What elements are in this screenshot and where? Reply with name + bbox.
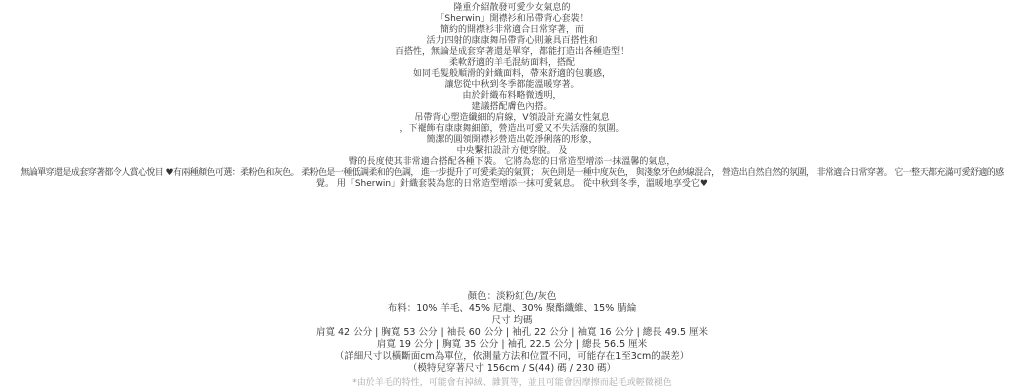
spec-color: 顏色：淡粉紅色/灰色 <box>0 291 1024 303</box>
spec-measurements-vest: 肩寬 19 公分 | 胸寬 35 公分 | 袖孔 22.5 公分 | 總長 56… <box>0 339 1024 351</box>
description-line: 吊帶背心塑造纖細的肩線，V領設計充滿女性氣息 <box>0 113 1024 124</box>
description-line: 由於針織布料略微透明， <box>0 91 1024 102</box>
description-line: 柔軟舒適的羊毛混紡面料，搭配 <box>0 58 1024 69</box>
product-specs: 顏色：淡粉紅色/灰色 布料：10% 羊毛、45% 尼龍、30% 聚酯纖維、15%… <box>0 291 1024 375</box>
description-line: 如同毛髮般順滑的針織面料，帶來舒適的包裹感， <box>0 69 1024 80</box>
description-line: 無論單穿還是成套穿著都令人賞心悅目 ♥有兩種顏色可選：柔粉色和灰色。 柔粉色是一… <box>0 168 1024 179</box>
description-line: 活力四射的康康舞吊帶背心則兼具百搭性和 <box>0 36 1024 47</box>
description-line: 讓您從中秋到冬季都能溫暖穿著。 <box>0 80 1024 91</box>
description-line: 「Sherwin」開襟衫和吊帶背心套裝！ <box>0 14 1024 25</box>
description-line: 臀的長度使其非常適合搭配各種下裝。 它將為您的日常造型增添一抹溫馨的氣息， <box>0 157 1024 168</box>
description-line: 隆重介紹散發可愛少女氣息的 <box>0 3 1024 14</box>
spec-fabric: 布料：10% 羊毛、45% 尼龍、30% 聚酯纖維、15% 腈綸 <box>0 303 1024 315</box>
product-description: 隆重介紹散發可愛少女氣息的 「Sherwin」開襟衫和吊帶背心套裝！ 簡約的開襟… <box>0 3 1024 190</box>
description-line: 百搭性，無論是成套穿著還是單穿，都能打造出各種造型！ <box>0 47 1024 58</box>
spec-size: 尺寸 均碼 <box>0 315 1024 327</box>
description-line: 簡潔的圓領開襟衫營造出乾淨俐落的形象， <box>0 135 1024 146</box>
description-line: 建議搭配膚色內搭。 <box>0 102 1024 113</box>
spec-measurements-cardigan: 肩寬 42 公分 | 胸寬 53 公分 | 袖長 60 公分 | 袖孔 22 公… <box>0 327 1024 339</box>
wool-disclaimer-note: *由於羊毛的特性，可能會有掉絨、雜質等，並且可能會因摩擦而起毛或輕微褪色 <box>0 377 1024 387</box>
description-line: 簡約的開襟衫非常適合日常穿著，而 <box>0 25 1024 36</box>
description-line: 覺。 用「Sherwin」針織套裝為您的日常造型增添一抹可愛氣息。 從中秋到冬季… <box>0 179 1024 190</box>
description-line: ，下襬飾有康康舞細節，營造出可愛又不失活潑的氛圍。 <box>0 124 1024 135</box>
spec-tolerance-note: （詳細尺寸以橫斷面cm為單位，依測量方法和位置不同，可能存在1至3cm的誤差） <box>0 351 1024 363</box>
description-line: 中央繫扣設計方便穿脫。 及 <box>0 146 1024 157</box>
spec-model-note: （模特兒穿著尺寸 156cm / S(44) 碼 / 230 碼） <box>0 363 1024 375</box>
